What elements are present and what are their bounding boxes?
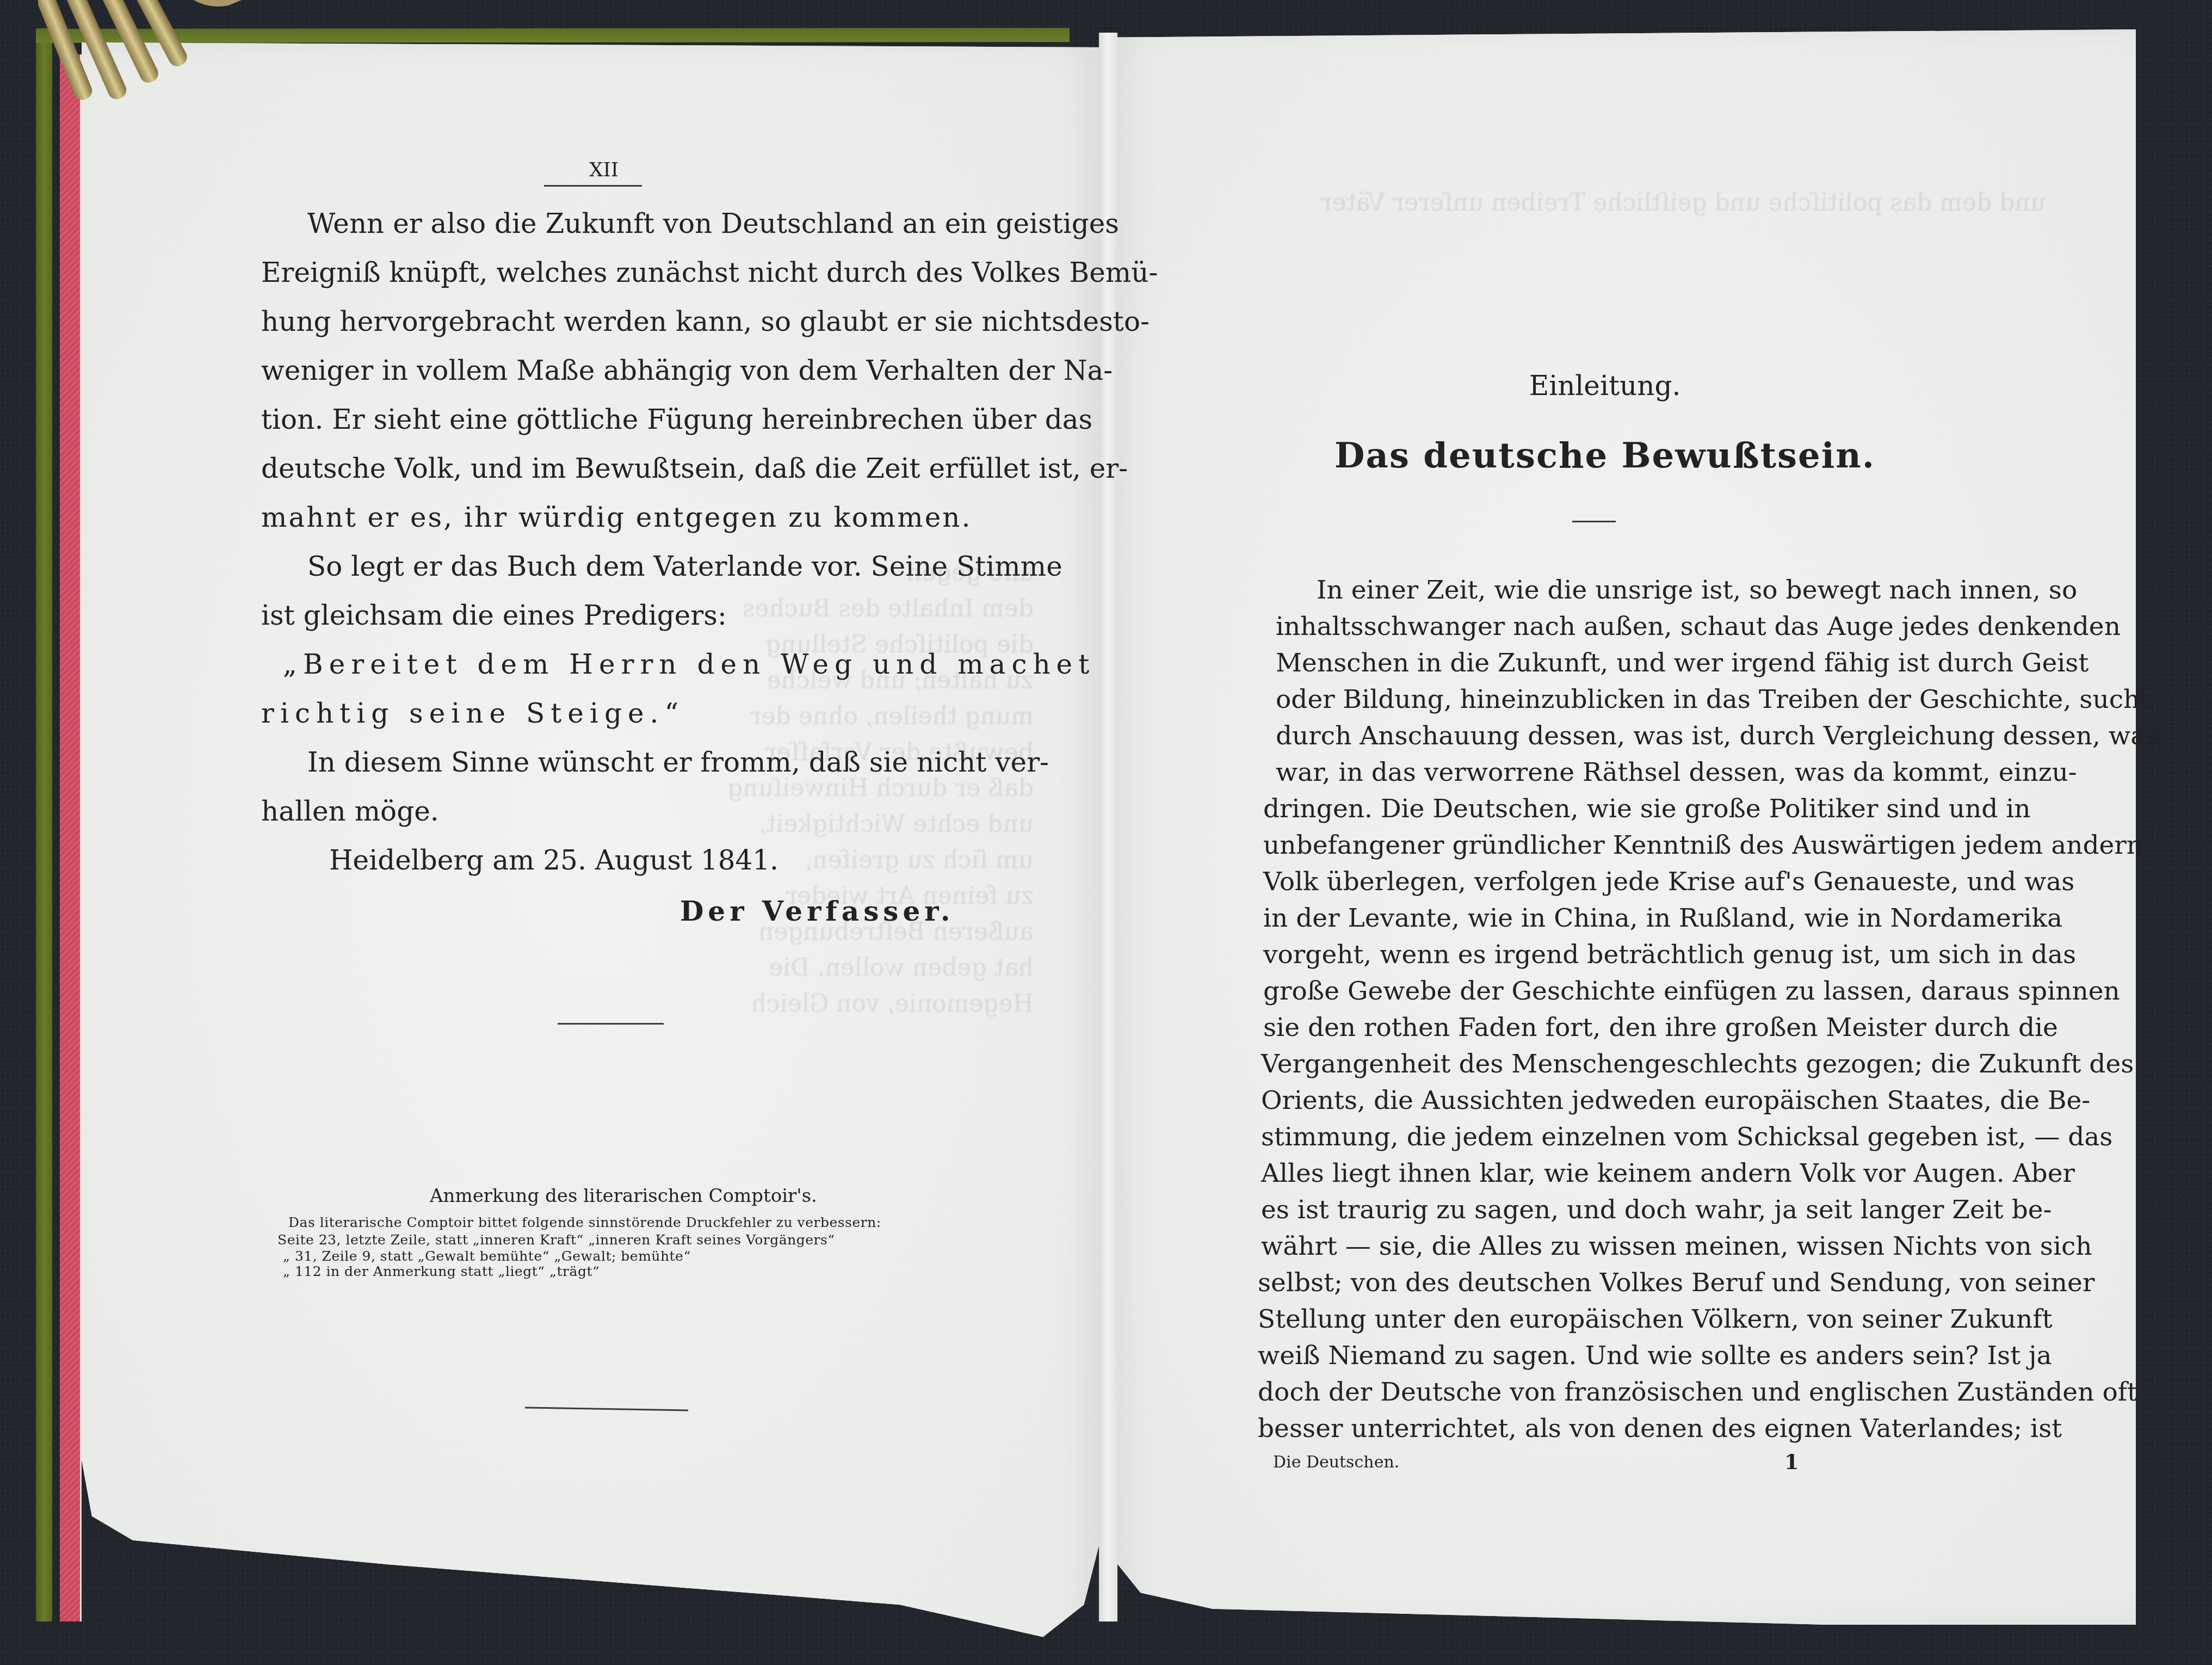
text-line: In einer Zeit, wie die unsrige ist, so b… xyxy=(1317,575,1986,605)
text-line: deutsche Volk, und im Bewußtsein, daß di… xyxy=(261,453,933,484)
text-line: Orients, die Aussichten jedweden europäi… xyxy=(1261,1086,1976,1115)
note-line: Das literarische Comptoir bittet folgend… xyxy=(288,1214,881,1230)
section-label: Einleitung. xyxy=(1360,370,1850,402)
bleed-through-text: und dem das politiſche und geiſtliche Tr… xyxy=(1251,185,2046,221)
section-rule xyxy=(558,1023,664,1025)
book-cover-left-edge xyxy=(36,28,52,1621)
errata-line: „ 112 in der Anmerkung statt „liegt“ „tr… xyxy=(283,1263,600,1279)
text-line: hallen möge. xyxy=(261,795,439,827)
text-line: hung hervorgebracht werden kann, so glau… xyxy=(261,306,933,337)
page-number: XII xyxy=(555,159,653,181)
text-line: vorgeht, wenn es irgend beträchtlich gen… xyxy=(1263,940,1981,970)
place-date: Heidelberg am 25. August 1841. xyxy=(329,844,778,876)
title-rule xyxy=(1572,521,1616,522)
text-line: selbst; von des deutschen Volkes Beruf u… xyxy=(1258,1268,1973,1298)
brass-fork-ornament-icon xyxy=(38,0,267,109)
text-line: währt — sie, die Alles zu wissen meinen,… xyxy=(1261,1231,1976,1261)
text-line: war, in das verworrene Räthsel dessen, w… xyxy=(1276,757,1986,787)
text-line: Menschen in die Zukunft, und wer irgend … xyxy=(1276,648,1986,678)
text-line: Stellung unter den europäischen Völkern,… xyxy=(1258,1304,1973,1334)
text-line: große Gewebe der Geschichte einfügen zu … xyxy=(1263,976,1981,1006)
text-line: Ereigniß knüpft, welches zunächst nicht … xyxy=(261,257,933,288)
text-line: durch Anschauung dessen, was ist, durch … xyxy=(1276,721,1986,751)
note-heading: Anmerkung des literarischen Comptoir's. xyxy=(430,1185,817,1207)
text-line: unbefangener gründlicher Kenntniß des Au… xyxy=(1263,830,1981,860)
text-line: weiß Niemand zu sagen. Und wie sollte es… xyxy=(1258,1341,1973,1371)
text-line: mahnt er es, ihr würdig entgegen zu komm… xyxy=(261,502,972,533)
text-line: Volk überlegen, verfolgen jede Krise auf… xyxy=(1263,867,1981,897)
sheet-number: 1 xyxy=(1784,1450,1799,1474)
text-line: So legt er das Buch dem Vaterlande vor. … xyxy=(307,551,933,582)
text-line: Wenn er also die Zukunft von Deutschland… xyxy=(307,208,933,239)
text-line: tion. Er sieht eine göttliche Fügung her… xyxy=(261,404,933,435)
text-line: Vergangenheit des Menschengeschlechts ge… xyxy=(1261,1049,1976,1079)
text-line: Alles liegt ihnen klar, wie keinem ander… xyxy=(1261,1158,1976,1188)
text-line: sie den rothen Faden fort, den ihre groß… xyxy=(1263,1013,1979,1043)
text-line: es ist traurig zu sagen, und doch wahr, … xyxy=(1261,1195,1976,1225)
chapter-title: Das deutsche Bewußtsein. xyxy=(1306,435,1904,476)
text-line: In diesem Sinne wünscht er fromm, daß si… xyxy=(307,747,933,778)
quote-line: richtig seine Steige.“ xyxy=(261,698,684,729)
text-line: ist gleichsam die eines Predigers: xyxy=(261,600,727,631)
signature-mark: Die Deutschen. xyxy=(1273,1453,1399,1472)
quote-line: „Bereitet dem Herrn den Weg und machet xyxy=(283,649,933,680)
text-line: weniger in vollem Maße abhängig von dem … xyxy=(261,355,933,386)
text-line: besser unterrichtet, als von denen des e… xyxy=(1258,1414,1973,1444)
header-rule xyxy=(544,185,642,187)
endpaper-stripe xyxy=(60,54,82,1621)
author-signature: Der Verfasser. xyxy=(680,895,954,927)
errata-line: „ 31, Zeile 9, statt „Gewalt bemühte“ „G… xyxy=(283,1248,691,1264)
text-line: in der Levante, wie in China, in Rußland… xyxy=(1263,903,1981,933)
text-line: stimmung, die jedem einzelnen vom Schick… xyxy=(1261,1122,1976,1152)
text-line: doch der Deutsche von französischen und … xyxy=(1258,1377,1973,1407)
text-line: oder Bildung, hineinzublicken in das Tre… xyxy=(1276,684,1986,714)
text-line: dringen. Die Deutschen, wie sie große Po… xyxy=(1263,794,1981,824)
errata-line: Seite 23, letzte Zeile, statt „inneren K… xyxy=(277,1232,835,1248)
text-line: inhaltsschwanger nach außen, schaut das … xyxy=(1276,612,1986,642)
